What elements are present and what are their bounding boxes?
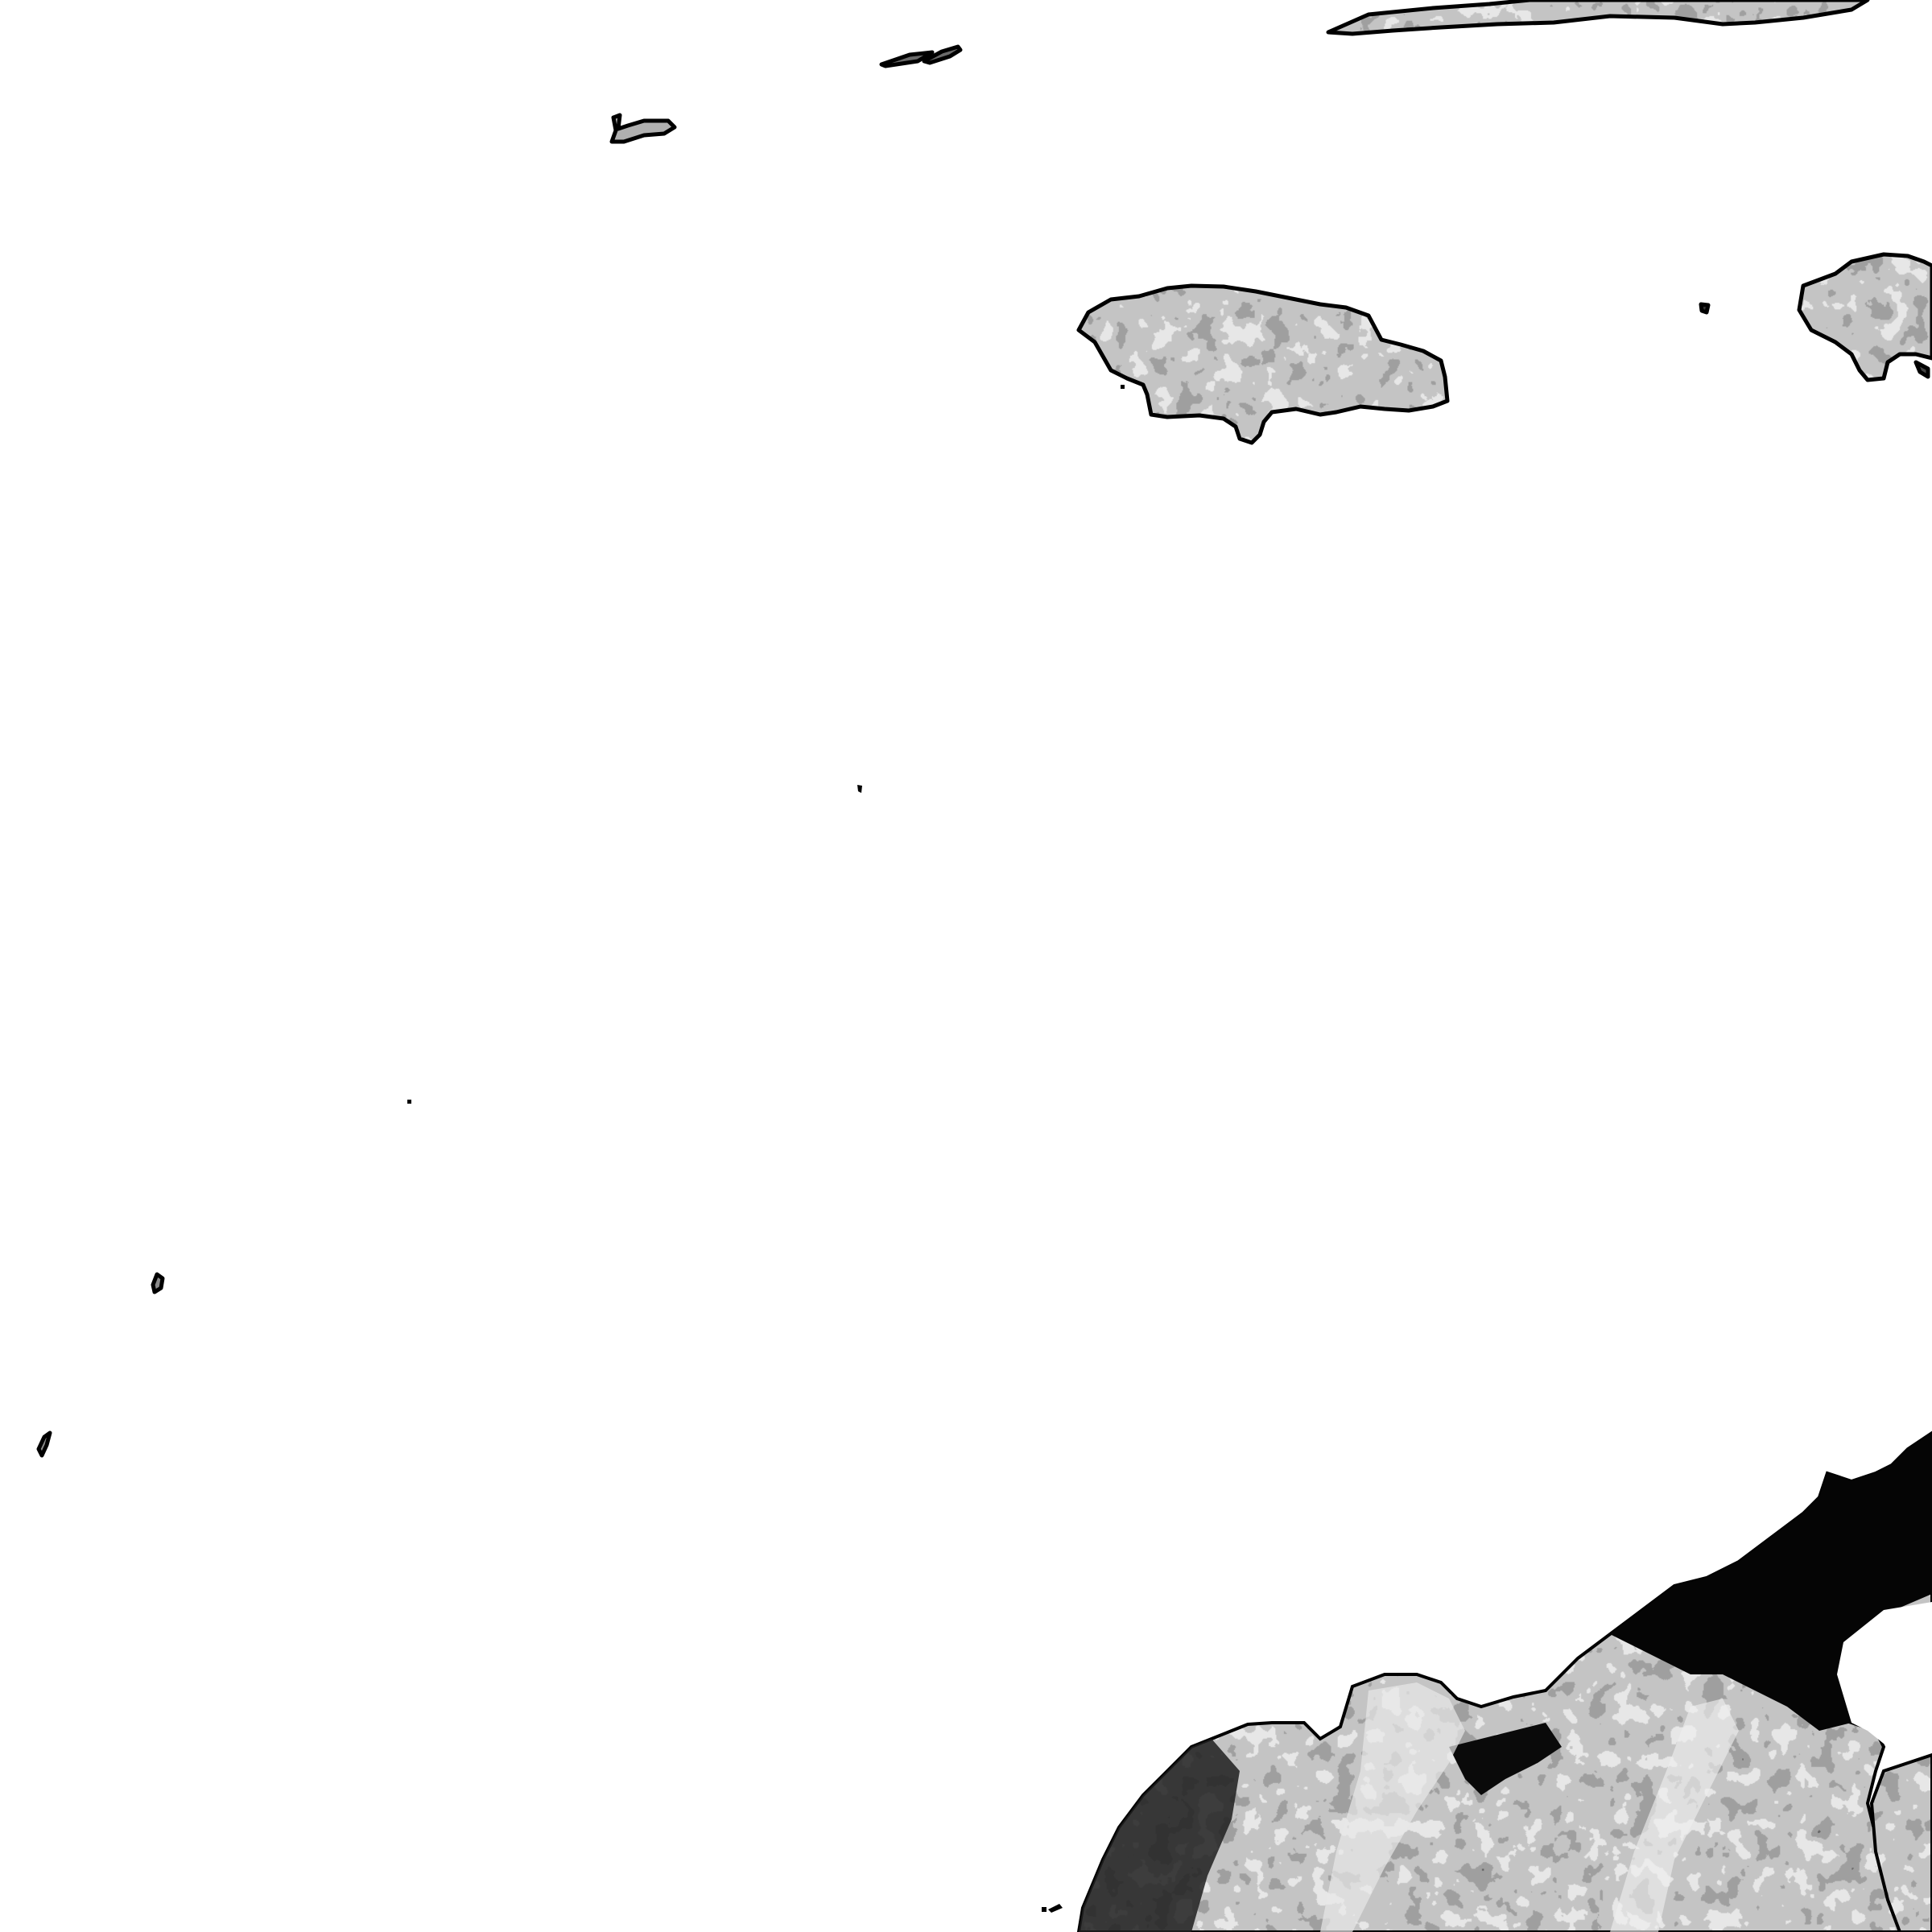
islet-providencia [153,1274,163,1292]
map-canvas [0,0,1932,1932]
islet-coast-1 [1042,1907,1046,1912]
islet-small-west [407,1100,411,1104]
landmass-navassa [1701,304,1708,312]
islet-jamaica-west [1121,385,1125,389]
